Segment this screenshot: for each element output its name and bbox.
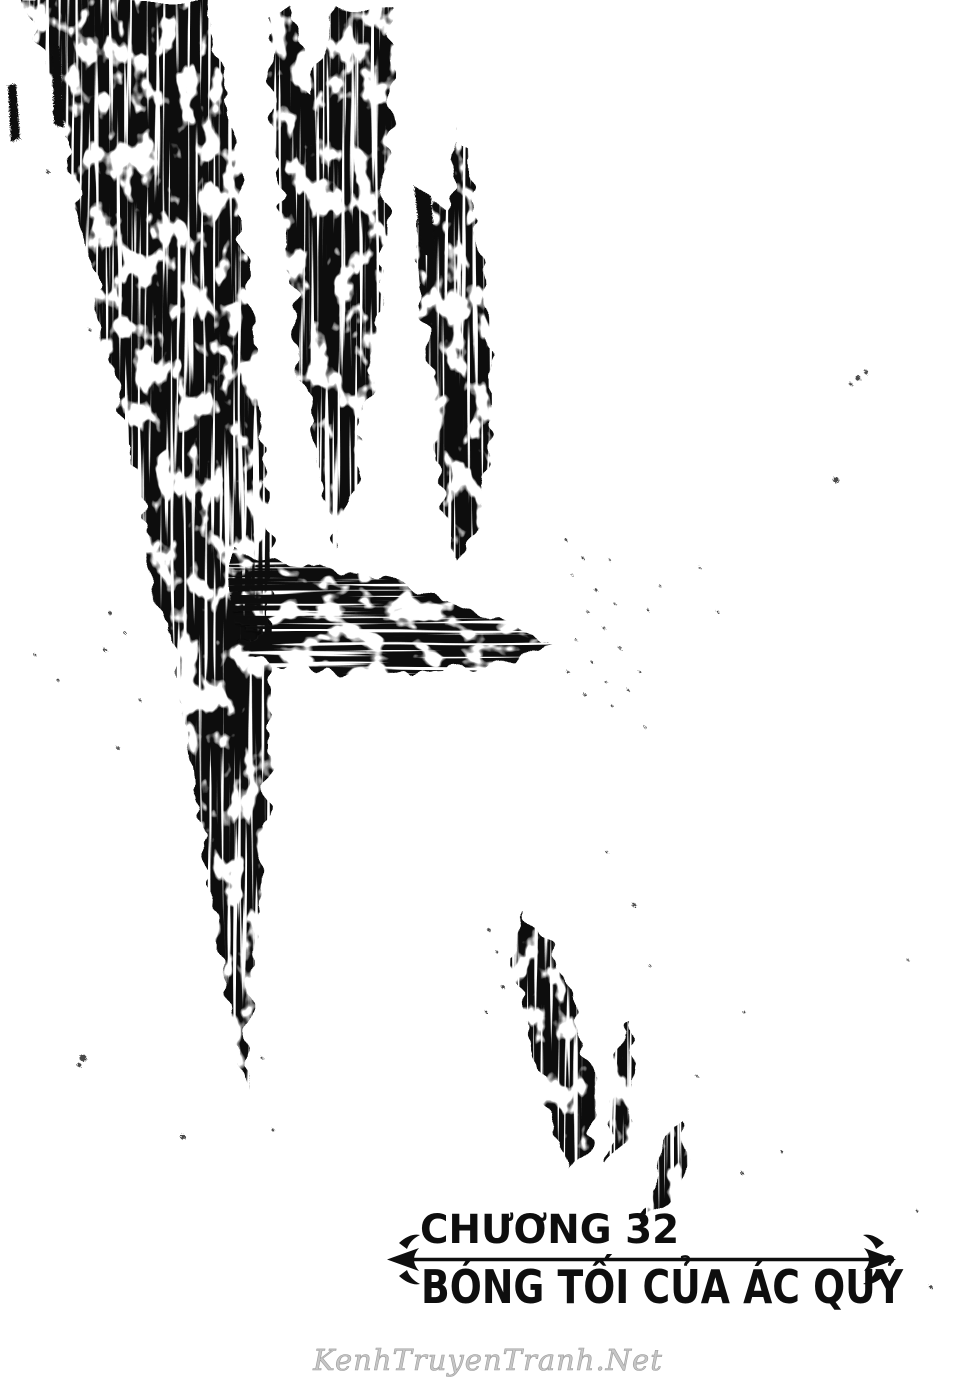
- ink-speckle: [647, 609, 649, 611]
- ink-speckle: [740, 1171, 744, 1175]
- manga-page: CHƯƠNG 32 BÓNG TỐI CỦA ÁC QUỶ KenhTruyen…: [0, 0, 976, 1400]
- ink-edge-sliver-1: [8, 84, 20, 142]
- ink-stroke-long-left: [25, 0, 272, 1092]
- ink-speckle: [89, 329, 92, 332]
- ink-speckle: [717, 611, 720, 614]
- ink-speckle: [584, 694, 587, 697]
- ink-speckle: [627, 689, 629, 691]
- chapter-name-title: BÓNG TỐI CỦA ÁC QUỶ: [421, 1264, 903, 1310]
- ink-speckle: [929, 1285, 933, 1289]
- ink-stroke-bottom-tail: [645, 1117, 688, 1220]
- ink-speckle: [575, 639, 577, 641]
- ink-speckle: [743, 1011, 746, 1014]
- ink-speckle: [606, 851, 609, 854]
- ink-artwork: [0, 0, 976, 1400]
- site-watermark: KenhTruyenTranh.Net: [0, 1343, 976, 1378]
- ink-speckle: [567, 671, 570, 674]
- ink-speckle: [46, 170, 50, 174]
- ink-speckle: [864, 370, 868, 374]
- ink-speckle: [659, 585, 661, 587]
- ink-speckle: [80, 1055, 87, 1062]
- ink-speckle: [849, 382, 852, 385]
- ink-speckle: [855, 375, 860, 380]
- ink-speckle: [272, 1129, 275, 1132]
- ink-speckle: [501, 985, 505, 989]
- ink-speckle: [591, 661, 594, 664]
- ink-speckle: [57, 679, 60, 682]
- chapter-number-title: CHƯƠNG 32: [420, 1210, 679, 1250]
- ink-speckle: [632, 903, 636, 907]
- ink-speckle: [644, 726, 647, 729]
- ink-stroke-bottom-sliver: [608, 1026, 635, 1165]
- ink-speckle: [594, 588, 597, 591]
- ink-speckle: [639, 671, 641, 673]
- ink-speckle: [124, 632, 127, 635]
- ink-speckle: [485, 1011, 488, 1014]
- ink-speckle: [103, 648, 107, 652]
- ink-speckle: [781, 1151, 784, 1154]
- ink-speckle: [907, 959, 910, 962]
- ink-strokes-layer: [8, 0, 933, 1289]
- ink-speckle: [139, 699, 142, 702]
- ink-speckle: [496, 951, 499, 954]
- ink-speckle: [649, 965, 652, 968]
- ink-speckle: [261, 1057, 264, 1060]
- ink-speckle: [603, 627, 606, 630]
- ink-speckle: [582, 557, 585, 560]
- ink-speckle: [571, 574, 573, 576]
- ink-speckle: [77, 1063, 81, 1067]
- ink-speckle: [108, 611, 112, 615]
- ink-stroke-bottom-leaf: [513, 913, 596, 1168]
- ink-speckle: [619, 647, 622, 650]
- ink-stroke-mid-vertical: [270, 8, 392, 548]
- ink-speckle: [916, 1210, 919, 1213]
- ink-speckle: [34, 654, 37, 657]
- ink-speckle: [180, 1134, 185, 1139]
- ink-speckle: [699, 567, 701, 569]
- ink-speckle: [487, 928, 491, 932]
- ink-speckle: [565, 539, 568, 542]
- ink-stroke-horizontal-wedge: [233, 552, 549, 675]
- ink-speckle: [611, 705, 613, 707]
- ink-speckle: [609, 559, 611, 561]
- ink-speckle: [587, 611, 590, 614]
- ink-speckle: [116, 746, 120, 750]
- ink-speckle: [696, 1075, 699, 1078]
- ink-speckle: [605, 681, 607, 683]
- ink-speckle: [614, 603, 616, 605]
- ink-speckle: [833, 477, 839, 483]
- ink-stroke-right-prong: [414, 186, 436, 262]
